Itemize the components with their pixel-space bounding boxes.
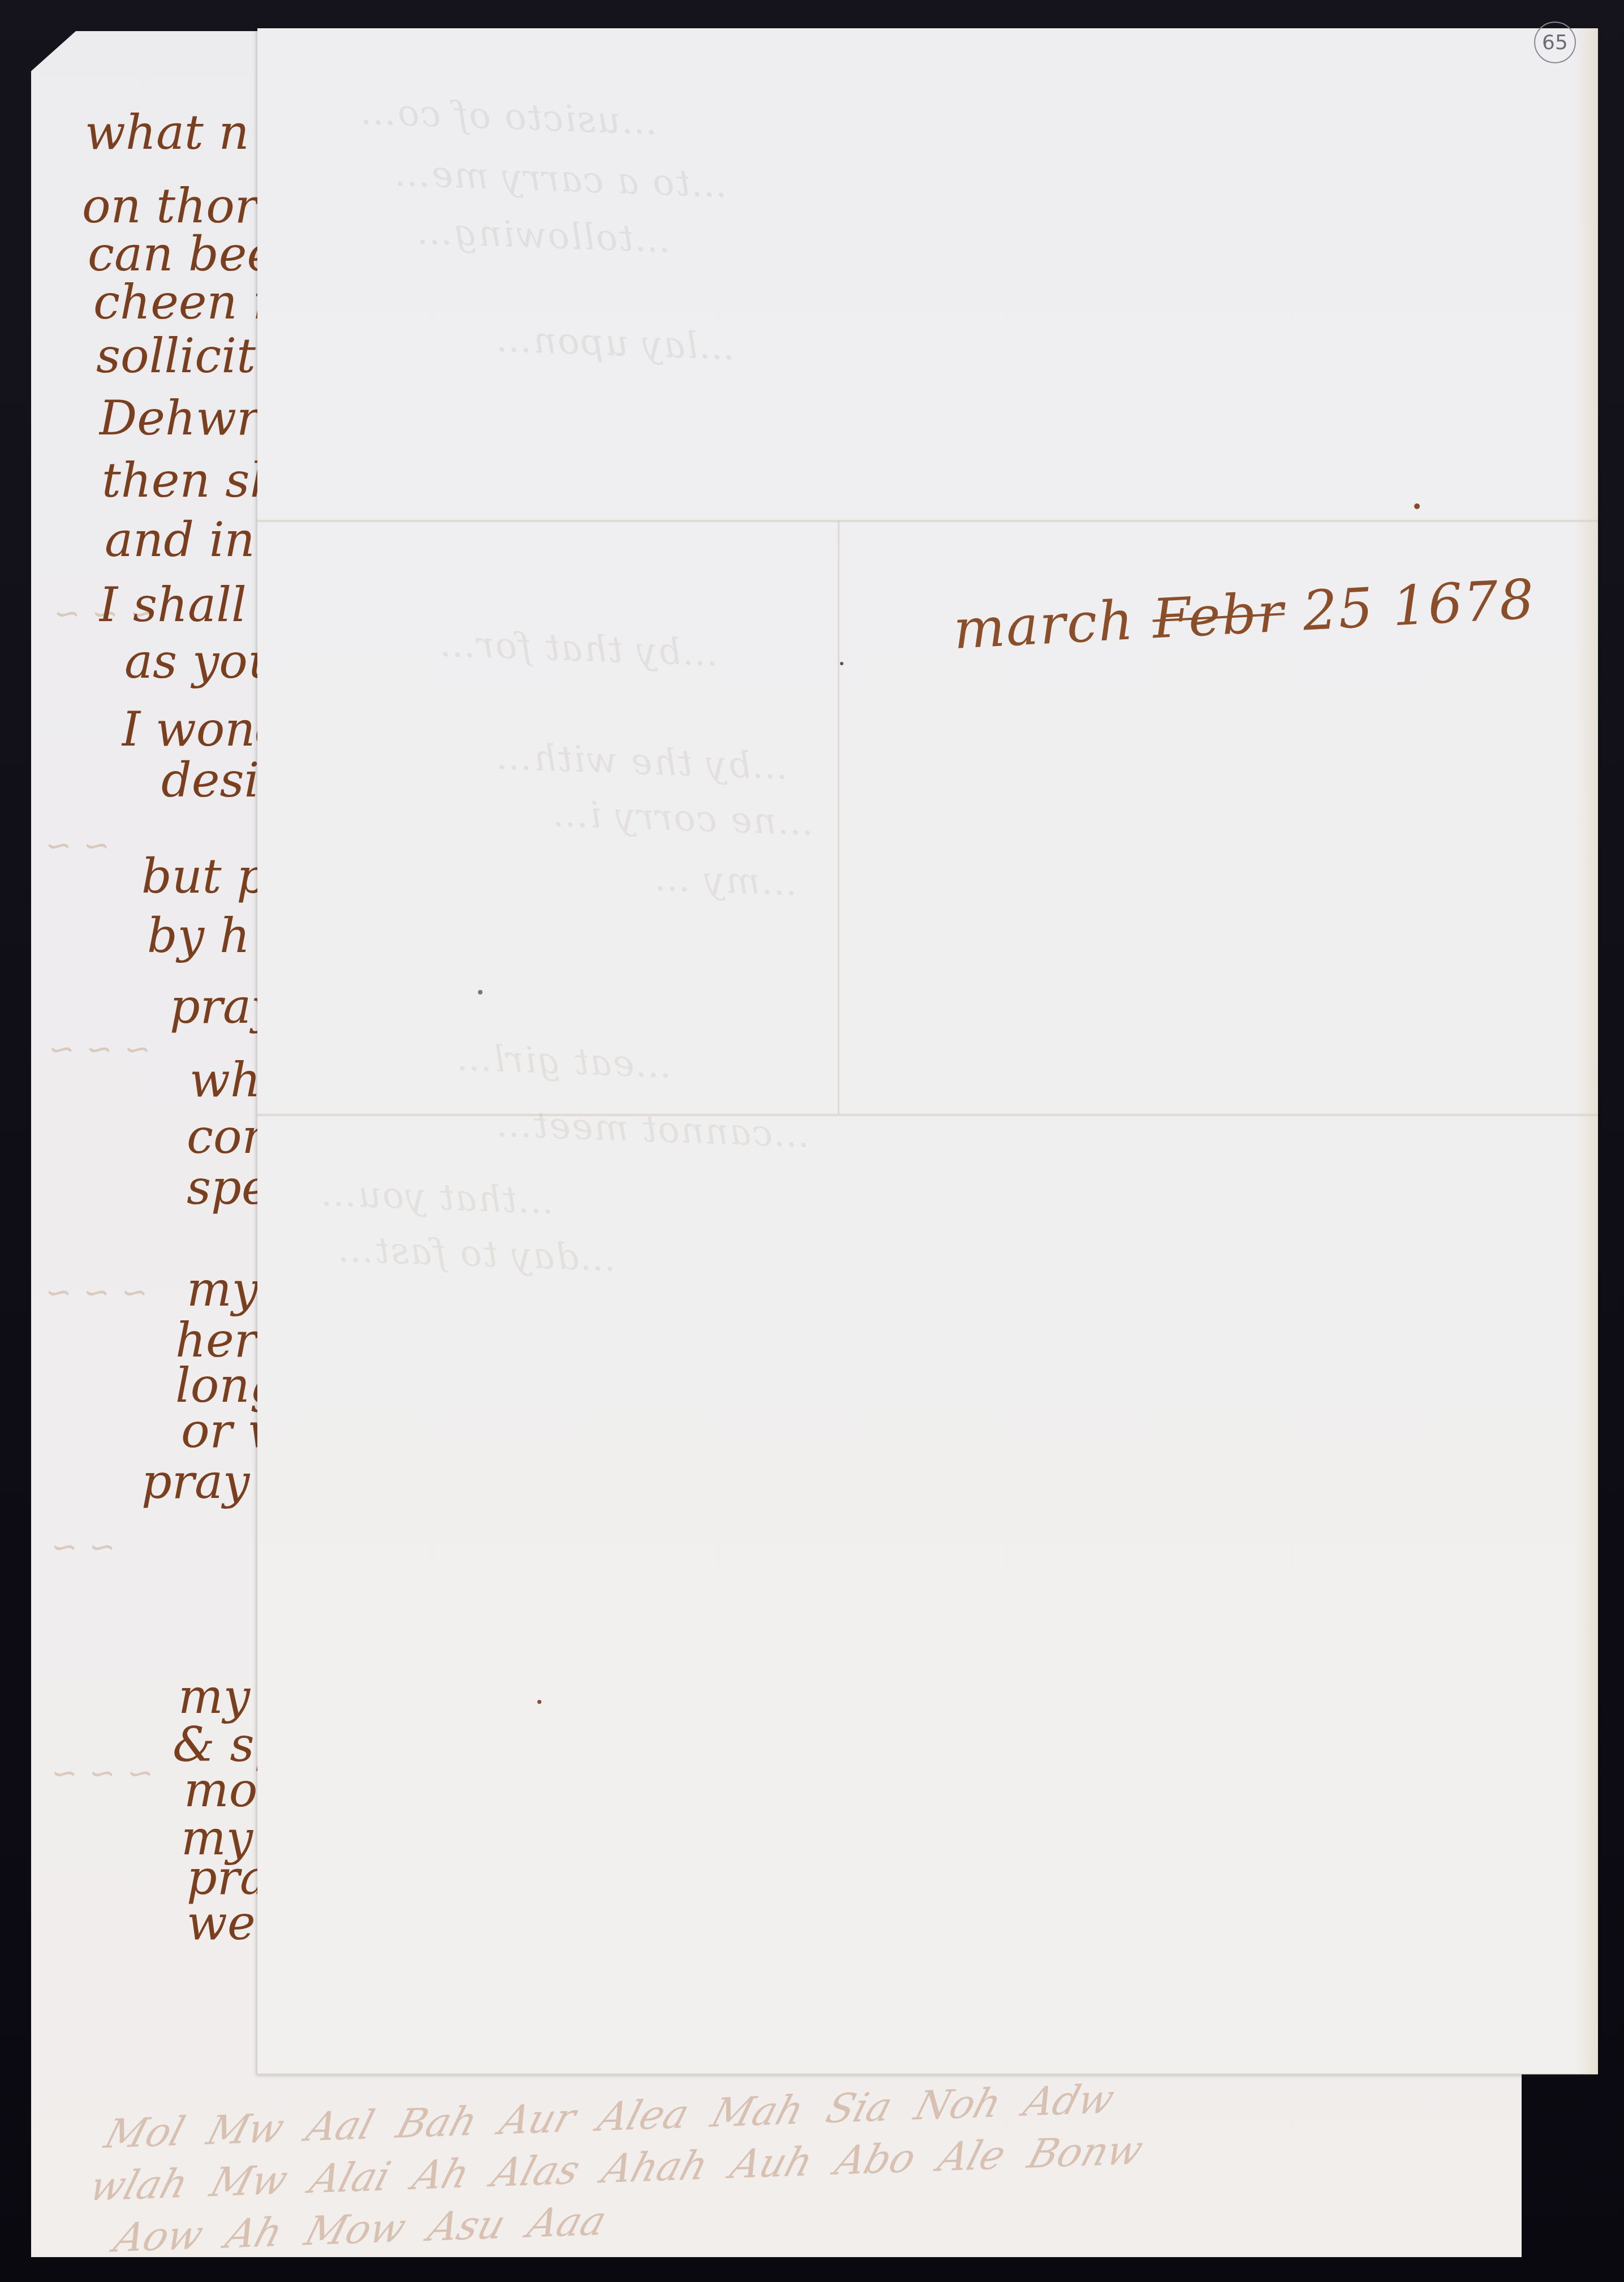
bleed-through-line: …my … — [653, 858, 799, 905]
margin-line: on thor — [82, 178, 263, 234]
margin-line: pray — [170, 979, 272, 1034]
margin-line: pray re — [141, 1454, 277, 1509]
edge-stain — [1575, 28, 1598, 2073]
bleed-through-line: …by that for… — [438, 623, 720, 674]
ink-spot — [1414, 503, 1420, 509]
margin-line: but p — [141, 849, 269, 904]
margin-line: Dehwr — [99, 390, 263, 446]
margin-line: sollicito — [96, 328, 260, 384]
bleed-through-line: …that you… — [319, 1173, 555, 1222]
bleed-through-line: …by the with… — [494, 736, 789, 788]
bleed-through-line: …cannot meet… — [494, 1103, 811, 1156]
margin-line: what n — [85, 105, 266, 160]
date-month: march — [952, 588, 1136, 661]
vertical-fold-line — [837, 520, 840, 1114]
date-struck-word: Febr — [1151, 580, 1286, 651]
margin-bleed-text: ~ ~ ~ — [44, 1754, 161, 1792]
folio-number-stamp: 65 — [1534, 21, 1576, 63]
bleed-through-line: …eat girl… — [455, 1037, 673, 1086]
bleed-through-line: …ne corry i… — [551, 793, 815, 844]
horizontal-fold-line — [257, 1113, 1598, 1117]
margin-line: as you — [124, 634, 266, 689]
margin-line: desir — [161, 752, 269, 808]
margin-bleed-text: ~ ~ ~ — [41, 1030, 158, 1068]
horizontal-fold-line — [257, 519, 1598, 523]
margin-line: then sh — [102, 453, 263, 508]
date-year: 1678 — [1391, 567, 1537, 638]
margin-line: and in — [105, 512, 263, 567]
bleed-through-line: …to a carry me… — [393, 153, 729, 206]
margin-bleed-text: ~ ~ — [44, 1527, 123, 1566]
ink-spot — [478, 990, 483, 994]
bleed-through-line: …day to fast… — [336, 1228, 617, 1280]
bleed-through-line: …usicto of co… — [359, 91, 658, 143]
margin-line: I wond — [122, 701, 266, 757]
margin-line: cheen m — [93, 274, 263, 330]
ink-spot — [537, 1700, 541, 1704]
margin-line: by h — [147, 908, 269, 963]
margin-bleed-text: ~ ~ ~ — [38, 1273, 156, 1311]
margin-bleed-text: ~ ~ — [38, 826, 118, 864]
top-sheet: …usicto of co… …to a carry me… …tollowin… — [257, 28, 1598, 2074]
ink-spot — [840, 662, 843, 665]
bleed-through-line: …lay upon… — [494, 318, 736, 369]
margin-line: can bee — [88, 226, 263, 282]
date-day: 25 — [1301, 576, 1376, 643]
margin-line: I shall — [99, 577, 263, 632]
bleed-through-line: …tollowing… — [415, 210, 671, 261]
